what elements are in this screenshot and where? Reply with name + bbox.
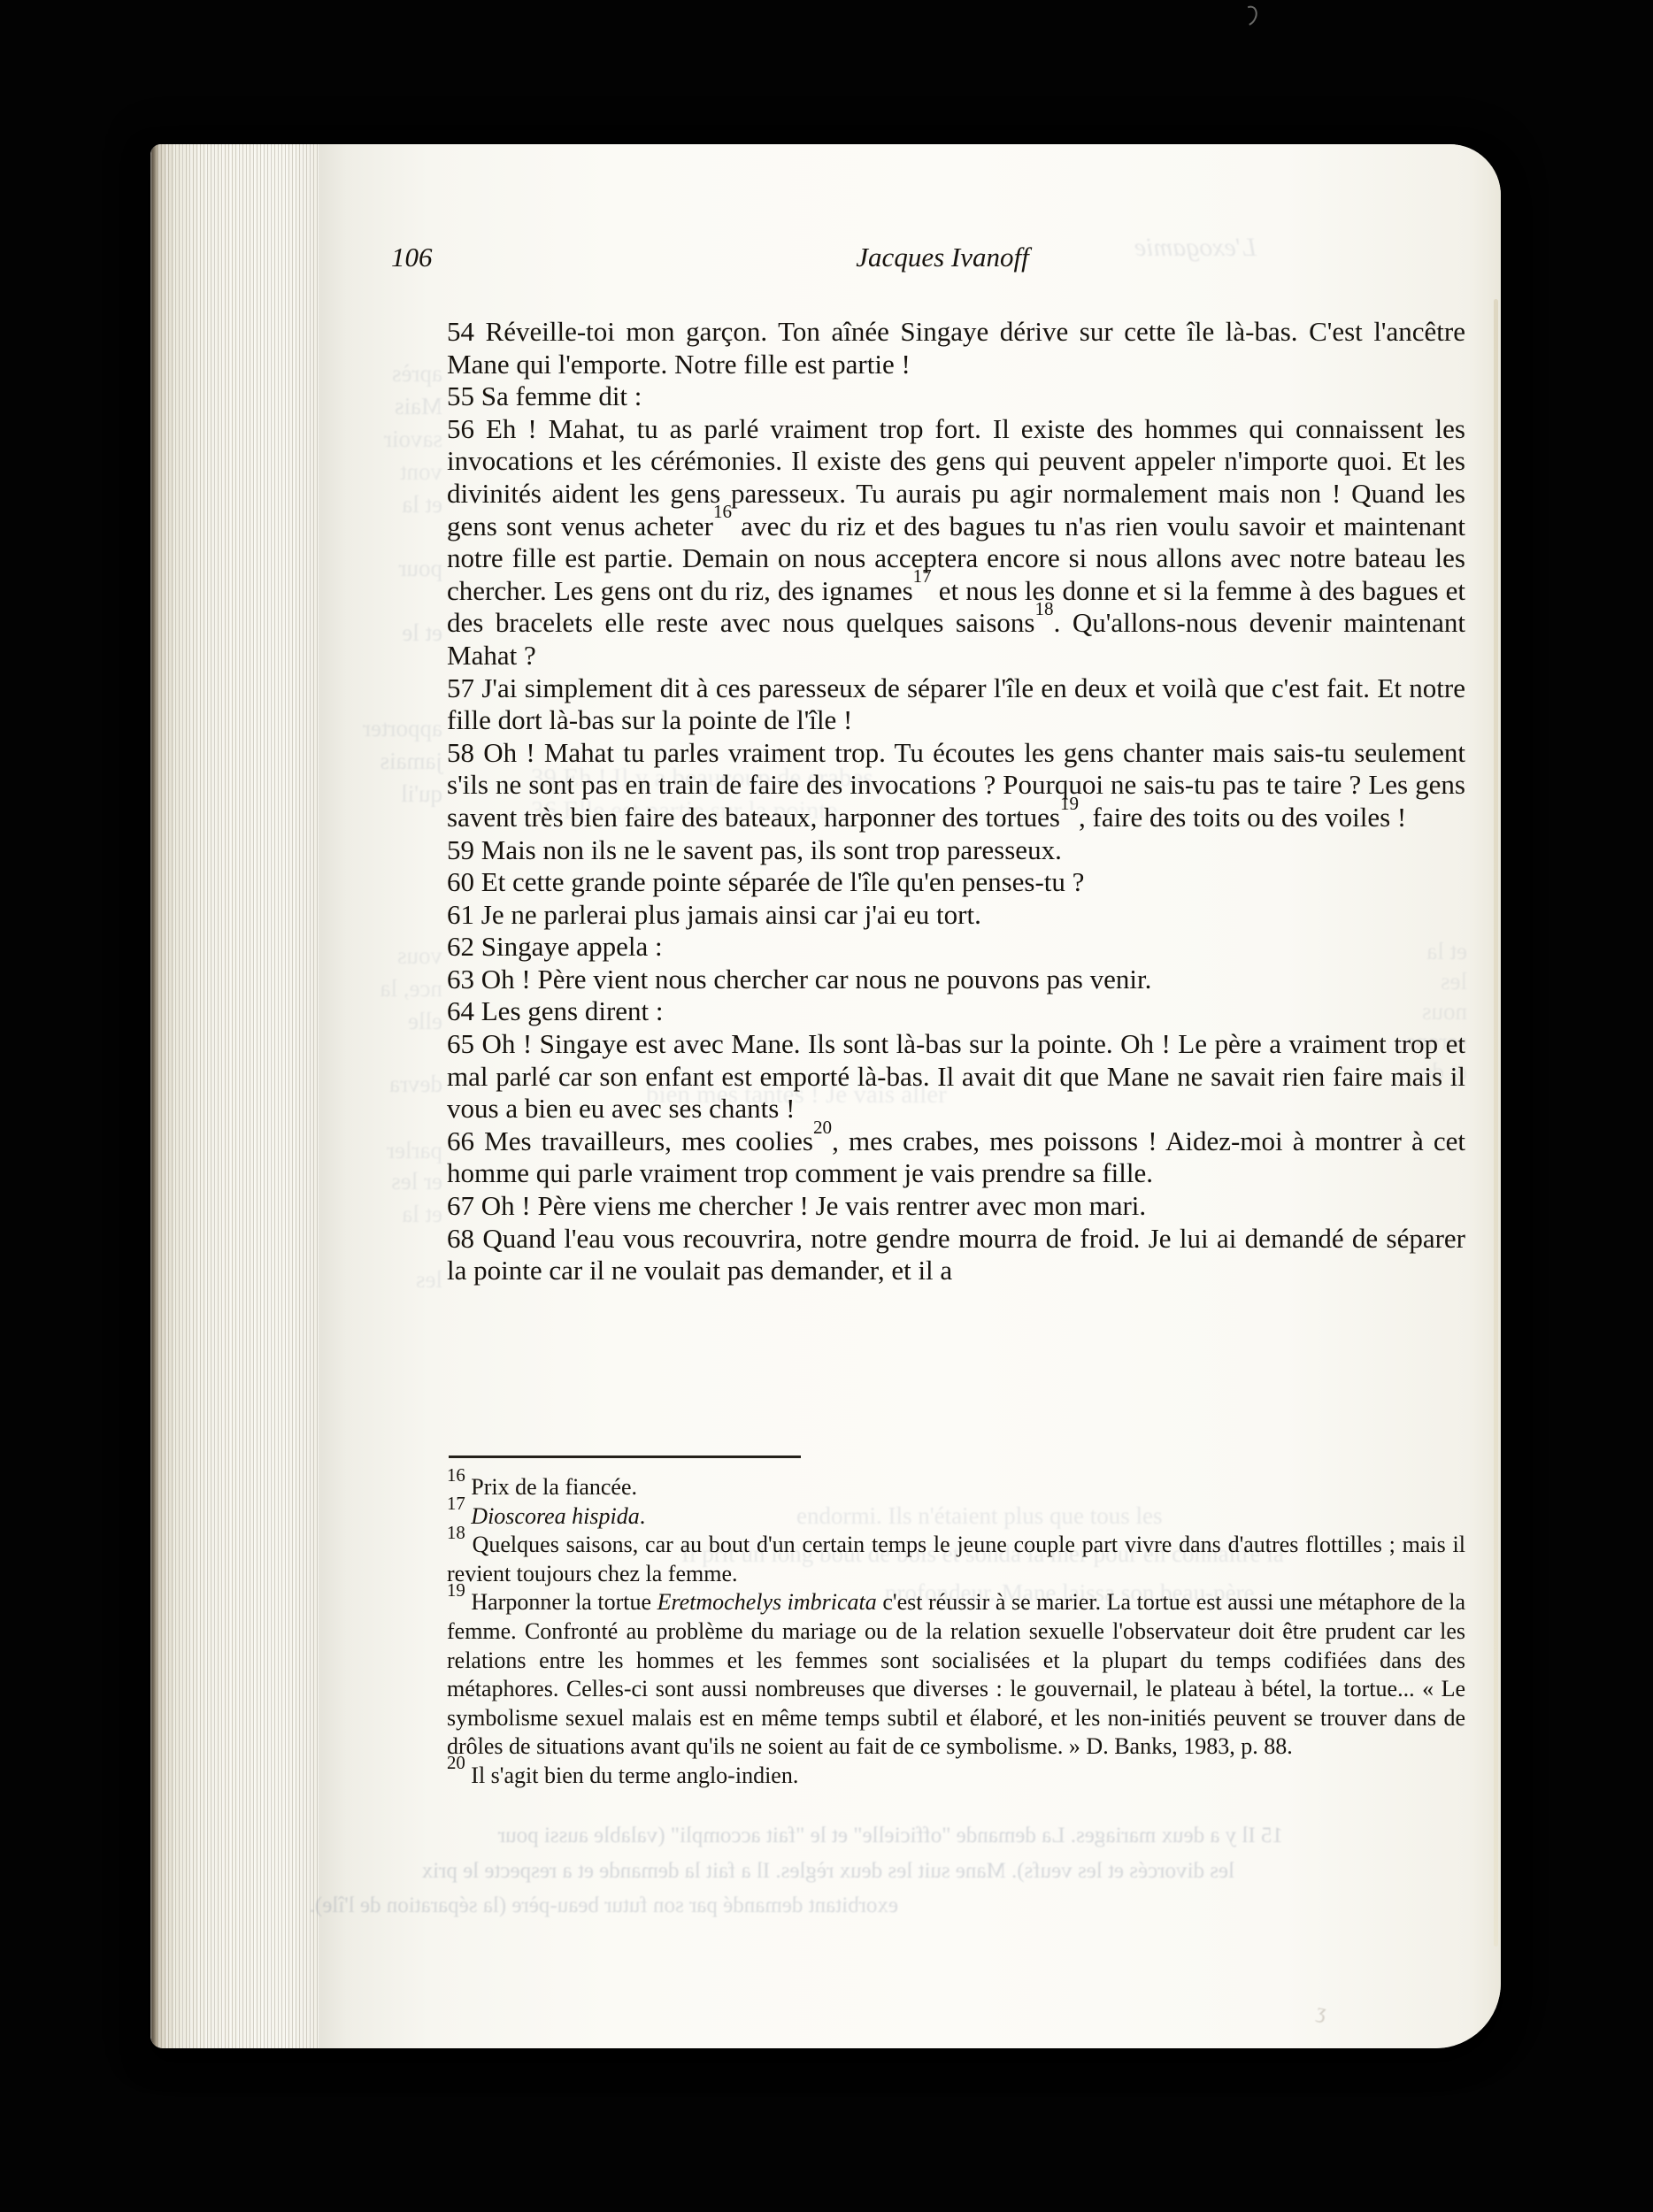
footnote-18: 18 Quelques saisons, car au bout d'un ce… bbox=[447, 1531, 1465, 1588]
footnote-number: 17 bbox=[447, 1494, 465, 1514]
footnote-17: 17 Dioscorea hispida. bbox=[447, 1502, 1465, 1532]
paragraph-63: 63 Oh ! Père vient nous chercher car nou… bbox=[447, 964, 1465, 996]
page-number: 106 bbox=[391, 242, 433, 273]
footnote-number: 19 bbox=[447, 1580, 465, 1601]
book-page: L'exogamieaprèsMaissavoirvontet lapouret… bbox=[150, 144, 1501, 2048]
footnote-ref: 18 bbox=[1035, 598, 1054, 619]
paragraph-67: 67 Oh ! Père viens me chercher ! Je vais… bbox=[447, 1190, 1465, 1223]
paragraph-54: 54 Réveille-toi mon garçon. Ton aînée Si… bbox=[447, 316, 1465, 380]
paragraph-59: 59 Mais non ils ne le savent pas, ils so… bbox=[447, 834, 1465, 867]
paragraph-60: 60 Et cette grande pointe séparée de l'î… bbox=[447, 866, 1465, 899]
footnote-ref: 16 bbox=[713, 501, 732, 522]
footnotes: 16 Prix de la fiancée.17 Dioscorea hispi… bbox=[447, 1473, 1465, 1791]
footnote-separator bbox=[449, 1455, 801, 1458]
footnote-number: 16 bbox=[447, 1465, 465, 1486]
footnote-number: 18 bbox=[447, 1523, 465, 1543]
footnote-ref: 19 bbox=[1060, 793, 1079, 814]
footnote-16: 16 Prix de la fiancée. bbox=[447, 1473, 1465, 1502]
paragraph-61: 61 Je ne parlerai plus jamais ainsi car … bbox=[447, 899, 1465, 932]
footnote-ref: 17 bbox=[913, 565, 932, 587]
footnote-ref: 20 bbox=[813, 1117, 832, 1138]
pencil-mark: ʒ bbox=[1314, 2000, 1328, 2025]
page-content: 106 Jacques Ivanoff 54 Réveille-toi mon … bbox=[150, 144, 1501, 2048]
running-header: Jacques Ivanoff bbox=[447, 242, 1438, 273]
paragraph-56: 56 Eh ! Mahat, tu as parlé vraiment trop… bbox=[447, 413, 1465, 672]
footnote-19: 19 Harponner la tortue Eretmochelys imbr… bbox=[447, 1588, 1465, 1762]
paragraph-58: 58 Oh ! Mahat tu parles vraiment trop. T… bbox=[447, 737, 1465, 834]
paragraph-68: 68 Quand l'eau vous recouvrira, notre ge… bbox=[447, 1223, 1465, 1287]
paragraph-55: 55 Sa femme dit : bbox=[447, 380, 1465, 413]
dust-speck bbox=[1236, 3, 1260, 29]
paragraph-62: 62 Singaye appela : bbox=[447, 931, 1465, 964]
paragraph-64: 64 Les gens dirent : bbox=[447, 995, 1465, 1028]
paragraph-57: 57 J'ai simplement dit à ces paresseux d… bbox=[447, 672, 1465, 737]
footnote-number: 20 bbox=[447, 1753, 465, 1773]
footnote-20: 20 Il s'agit bien du terme anglo-indien. bbox=[447, 1762, 1465, 1791]
paragraph-65: 65 Oh ! Singaye est avec Mane. Ils sont … bbox=[447, 1028, 1465, 1125]
paragraph-66: 66 Mes travailleurs, mes coolies20, mes … bbox=[447, 1125, 1465, 1190]
body-text: 54 Réveille-toi mon garçon. Ton aînée Si… bbox=[447, 316, 1465, 1287]
